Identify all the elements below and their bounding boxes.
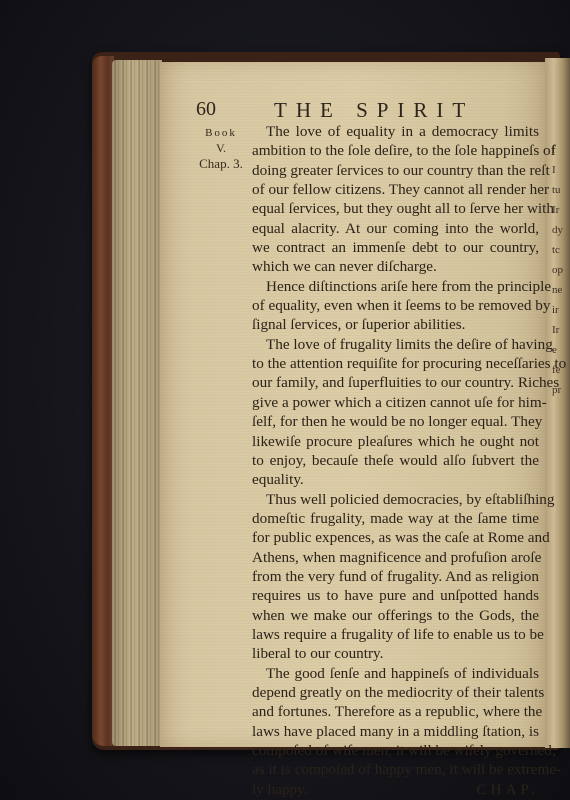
facing-fragment: Ir xyxy=(552,320,570,340)
text-line: laws have placed many in a middling ſtat… xyxy=(252,722,539,741)
facing-fragment: tu xyxy=(552,180,570,200)
text-line: liberal to our country. xyxy=(252,644,539,663)
text-line: to enjoy, becauſe theſe would alſo ſubve… xyxy=(252,451,539,470)
text-line: ambition to the ſole deſire, to the ſole… xyxy=(252,141,539,160)
text-line: The love of frugality limits the deſire … xyxy=(252,335,539,354)
page-stack-edge xyxy=(112,60,162,746)
facing-fragment: tc xyxy=(552,240,570,260)
text-line: domeſtic frugality, made way at the ſame… xyxy=(252,509,539,528)
running-head: THE SPIRIT xyxy=(274,98,474,123)
final-line-text: ly happy. xyxy=(252,780,308,799)
margin-book-label: Book xyxy=(186,126,256,141)
page-header: 60 THE SPIRIT xyxy=(196,98,536,122)
text-line: Athens, when magnificence and profuſion … xyxy=(252,548,539,567)
text-line: equality. xyxy=(252,470,539,489)
text-line: of our fellow citizens. They cannot all … xyxy=(252,180,539,199)
leather-binding-edge xyxy=(92,56,114,746)
text-line: as it is compoſed of happy men, it will … xyxy=(252,760,539,779)
text-line: The love of equality in a democracy limi… xyxy=(252,122,539,141)
text-line: for public expences, as was the caſe at … xyxy=(252,528,539,547)
text-line: likewiſe procure pleaſures which he ough… xyxy=(252,432,539,451)
text-line: ſelf, for then he would be no longer equ… xyxy=(252,412,539,431)
text-line: to the attention requiſite for procuring… xyxy=(252,354,539,373)
facing-fragment: dy xyxy=(552,220,570,240)
text-line: give a power which a citizen cannot uſe … xyxy=(252,393,539,412)
text-line: and fortunes. Therefore as a republic, w… xyxy=(252,702,539,721)
body-text: The love of equality in a democracy limi… xyxy=(252,122,539,799)
margin-chapter-label: Chap. 3. xyxy=(186,156,256,171)
text-line: our family, and ſuperfluities to our cou… xyxy=(252,373,539,392)
text-line: from the very fund of frugality. And as … xyxy=(252,567,539,586)
text-line: laws require a frugality of life to enab… xyxy=(252,625,539,644)
text-line: equal ſervices, but they ought all to ſe… xyxy=(252,199,539,218)
text-line: when we make our offerings to the Gods, … xyxy=(252,606,539,625)
text-line: depend greatly on the mediocrity of thei… xyxy=(252,683,539,702)
catchword: CHAP. xyxy=(476,780,539,799)
text-line: equal alacrity. At our coming into the w… xyxy=(252,219,539,238)
page-number: 60 xyxy=(196,98,216,121)
facing-fragment: ne xyxy=(552,280,570,300)
facing-fragment: ir xyxy=(552,300,570,320)
text-line: we contract an immenſe debt to our count… xyxy=(252,238,539,257)
text-line: ſignal ſervices, or ſuperior abilities. xyxy=(252,315,539,334)
text-line: doing greater ſervices to our country th… xyxy=(252,161,539,180)
text-line: which we can never diſcharge. xyxy=(252,257,539,276)
margin-note: Book V. Chap. 3. xyxy=(186,126,256,171)
facing-fragment: Ir xyxy=(552,200,570,220)
facing-fragment: I xyxy=(552,160,570,180)
text-line: The good ſenſe and happineſs of individu… xyxy=(252,664,539,683)
facing-fragment: op xyxy=(552,260,570,280)
text-line: requires us to have pure and unſpotted h… xyxy=(252,586,539,605)
final-line: ly happy. CHAP. xyxy=(252,780,539,799)
text-line: compoſed of wiſe men, it will be wiſely … xyxy=(252,741,539,760)
margin-volume-label: V. xyxy=(186,141,256,156)
text-line: of equality, even when it ſeems to be re… xyxy=(252,296,539,315)
text-line: Hence diſtinctions ariſe here from the p… xyxy=(252,277,539,296)
text-line: Thus well policied democracies, by eſtab… xyxy=(252,490,539,509)
